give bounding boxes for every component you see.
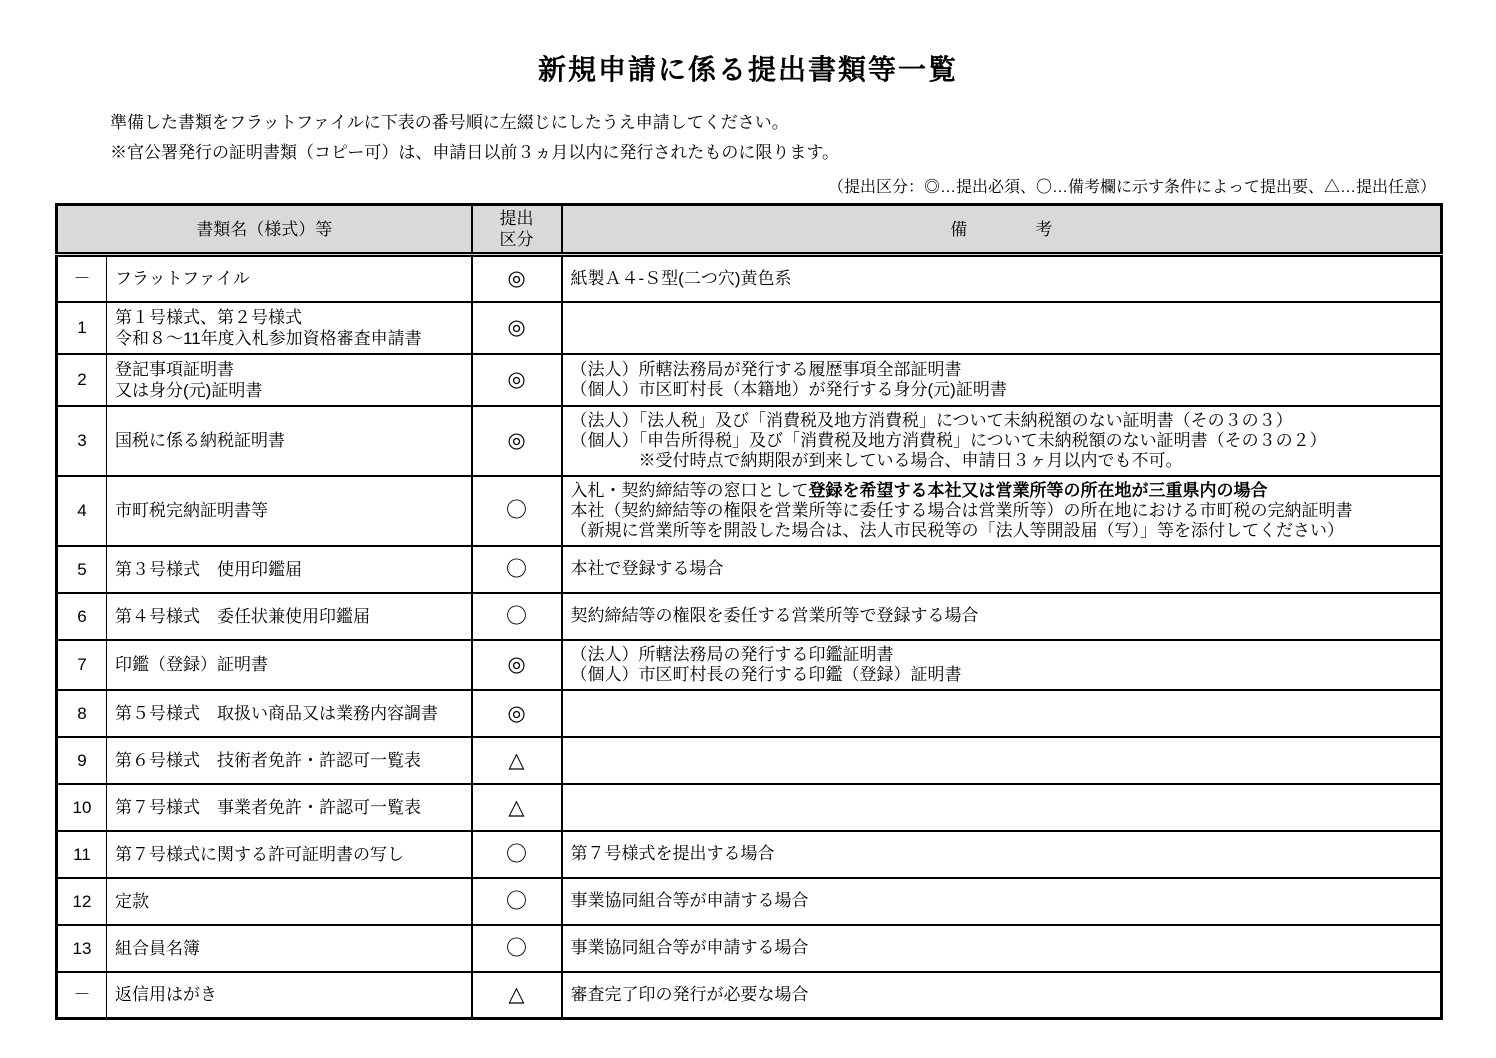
document-name: 第６号様式 技術者免許・許認可一覧表 xyxy=(107,737,472,784)
header-remarks: 備 考 xyxy=(562,205,1442,255)
row-number: 7 xyxy=(57,640,107,690)
remark-line: （個人）市区町村長（本籍地）が発行する身分(元)証明書 xyxy=(571,380,1433,400)
document-name-line: 令和８～11年度入札参加資格審査申請書 xyxy=(115,328,463,349)
remark-line: 審査完了印の発行が必要な場合 xyxy=(571,985,1433,1005)
remark-line: （法人）所轄法務局の発行する印鑑証明書 xyxy=(571,645,1433,665)
documents-table: 書類名（様式）等 提出区分 備 考 －フラットファイル◎紙製Ａ４-Ｓ型(二つ穴)… xyxy=(55,203,1443,1020)
row-number: 12 xyxy=(57,878,107,925)
table-row: 5第３号様式 使用印鑑届〇本社で登録する場合 xyxy=(57,546,1442,593)
document-name: フラットファイル xyxy=(107,255,472,302)
table-row: 4市町税完納証明書等〇入札・契約締結等の窓口として登録を希望する本社又は営業所等… xyxy=(57,476,1442,546)
document-name: 返信用はがき xyxy=(107,972,472,1019)
row-number: 1 xyxy=(57,302,107,354)
document-name: 第７号様式 事業者免許・許認可一覧表 xyxy=(107,784,472,831)
legend-text: （提出区分：◎…提出必須、〇…備考欄に示す条件によって提出要、△…提出任意） xyxy=(0,174,1436,197)
document-name-line: 登記事項証明書 xyxy=(115,359,463,380)
table-row: 3国税に係る納税証明書◎（法人）「法人税」及び「消費税及地方消費税」について未納… xyxy=(57,406,1442,476)
document-name-line: 国税に係る納税証明書 xyxy=(115,430,463,451)
document-name: 国税に係る納税証明書 xyxy=(107,406,472,476)
row-number: 5 xyxy=(57,546,107,593)
remark-line: 紙製Ａ４-Ｓ型(二つ穴)黄色系 xyxy=(571,269,1433,289)
remark-line: 第７号様式を提出する場合 xyxy=(571,844,1433,864)
submission-category-mark: △ xyxy=(472,972,562,1019)
row-number: 4 xyxy=(57,476,107,546)
intro-text: 準備した書類をフラットファイルに下表の番号順に左綴じにしたうえ申請してください。… xyxy=(110,108,1496,168)
remark-line: 事業協同組合等が申請する場合 xyxy=(571,891,1433,911)
header-document-name: 書類名（様式）等 xyxy=(57,205,472,255)
row-number: 6 xyxy=(57,593,107,640)
submission-category-mark: ◎ xyxy=(472,406,562,476)
row-number: 2 xyxy=(57,354,107,406)
table-row: －返信用はがき△審査完了印の発行が必要な場合 xyxy=(57,972,1442,1019)
table-row: 7印鑑（登録）証明書◎（法人）所轄法務局の発行する印鑑証明書（個人）市区町村長の… xyxy=(57,640,1442,690)
submission-category-mark: △ xyxy=(472,737,562,784)
remarks: 第７号様式を提出する場合 xyxy=(562,831,1442,878)
table-row: －フラットファイル◎紙製Ａ４-Ｓ型(二つ穴)黄色系 xyxy=(57,255,1442,302)
document-name: 第３号様式 使用印鑑届 xyxy=(107,546,472,593)
table-row: 6第４号様式 委任状兼使用印鑑届〇契約締結等の権限を委任する営業所等で登録する場… xyxy=(57,593,1442,640)
header-submission-category: 提出区分 xyxy=(472,205,562,255)
remark-line: 契約締結等の権限を委任する営業所等で登録する場合 xyxy=(571,606,1433,626)
document-name: 第４号様式 委任状兼使用印鑑届 xyxy=(107,593,472,640)
document-name: 印鑑（登録）証明書 xyxy=(107,640,472,690)
table-row: 1第１号様式、第２号様式令和８～11年度入札参加資格審査申請書◎ xyxy=(57,302,1442,354)
document-name: 市町税完納証明書等 xyxy=(107,476,472,546)
remarks: 本社で登録する場合 xyxy=(562,546,1442,593)
row-number: 10 xyxy=(57,784,107,831)
document-name-line: 第３号様式 使用印鑑届 xyxy=(115,559,463,580)
remark-line: （個人）「申告所得税」及び「消費税及地方消費税」について未納税額のない証明書（そ… xyxy=(571,431,1433,451)
row-number: － xyxy=(57,255,107,302)
remarks: （法人）所轄法務局が発行する履歴事項全部証明書（個人）市区町村長（本籍地）が発行… xyxy=(562,354,1442,406)
submission-category-mark: 〇 xyxy=(472,593,562,640)
remarks: 入札・契約締結等の窓口として登録を希望する本社又は営業所等の所在地が三重県内の場… xyxy=(562,476,1442,546)
document-name-line: 印鑑（登録）証明書 xyxy=(115,654,463,675)
remarks: 事業協同組合等が申請する場合 xyxy=(562,878,1442,925)
remarks: 事業協同組合等が申請する場合 xyxy=(562,925,1442,972)
document-name-line: 第１号様式、第２号様式 xyxy=(115,307,463,328)
table-row: 12定款〇事業協同組合等が申請する場合 xyxy=(57,878,1442,925)
row-number: 8 xyxy=(57,690,107,737)
document-name-line: 定款 xyxy=(115,891,463,912)
remark-line: （個人）市区町村長の発行する印鑑（登録）証明書 xyxy=(571,665,1433,685)
remarks: （法人）所轄法務局の発行する印鑑証明書（個人）市区町村長の発行する印鑑（登録）証… xyxy=(562,640,1442,690)
document-name-line: 第４号様式 委任状兼使用印鑑届 xyxy=(115,606,463,627)
document-name-line: フラットファイル xyxy=(115,268,463,289)
remarks: 契約締結等の権限を委任する営業所等で登録する場合 xyxy=(562,593,1442,640)
intro-line-2: ※官公署発行の証明書類（コピー可）は、申請日以前３ヵ月以内に発行されたものに限り… xyxy=(110,138,1496,168)
intro-line-1: 準備した書類をフラットファイルに下表の番号順に左綴じにしたうえ申請してください。 xyxy=(110,108,1496,138)
page-title: 新規申請に係る提出書類等一覧 xyxy=(0,0,1496,88)
document-name-line: 又は身分(元)証明書 xyxy=(115,380,463,401)
remarks xyxy=(562,784,1442,831)
document-name-line: 返信用はがき xyxy=(115,984,463,1005)
document-name: 組合員名簿 xyxy=(107,925,472,972)
submission-category-mark: ◎ xyxy=(472,354,562,406)
remark-line: ※受付時点で納期限が到来している場合、申請日３ヶ月以内でも不可。 xyxy=(571,451,1433,471)
table-row: 9第６号様式 技術者免許・許認可一覧表△ xyxy=(57,737,1442,784)
document-name: 第７号様式に関する許可証明書の写し xyxy=(107,831,472,878)
remarks xyxy=(562,690,1442,737)
submission-category-mark: 〇 xyxy=(472,476,562,546)
table-row: 13組合員名簿〇事業協同組合等が申請する場合 xyxy=(57,925,1442,972)
remark-line: （新規に営業所等を開設した場合は、法人市民税等の「法人等開設届（写）」等を添付し… xyxy=(571,521,1433,541)
remarks: 紙製Ａ４-Ｓ型(二つ穴)黄色系 xyxy=(562,255,1442,302)
remarks: 審査完了印の発行が必要な場合 xyxy=(562,972,1442,1019)
document-name: 第１号様式、第２号様式令和８～11年度入札参加資格審査申請書 xyxy=(107,302,472,354)
remark-line: （法人）所轄法務局が発行する履歴事項全部証明書 xyxy=(571,360,1433,380)
submission-category-mark: ◎ xyxy=(472,690,562,737)
remarks: （法人）「法人税」及び「消費税及地方消費税」について未納税額のない証明書（その３… xyxy=(562,406,1442,476)
submission-category-mark: ◎ xyxy=(472,255,562,302)
row-number: － xyxy=(57,972,107,1019)
document-name-line: 第５号様式 取扱い商品又は業務内容調書 xyxy=(115,703,463,724)
document-name: 定款 xyxy=(107,878,472,925)
row-number: 13 xyxy=(57,925,107,972)
table-row: 11第７号様式に関する許可証明書の写し〇第７号様式を提出する場合 xyxy=(57,831,1442,878)
submission-category-mark: 〇 xyxy=(472,878,562,925)
document-name-line: 第７号様式 事業者免許・許認可一覧表 xyxy=(115,797,463,818)
submission-category-mark: 〇 xyxy=(472,546,562,593)
submission-category-mark: ◎ xyxy=(472,302,562,354)
row-number: 3 xyxy=(57,406,107,476)
document-name: 第５号様式 取扱い商品又は業務内容調書 xyxy=(107,690,472,737)
remark-line: 本社で登録する場合 xyxy=(571,559,1433,579)
document-name-line: 第７号様式に関する許可証明書の写し xyxy=(115,844,463,865)
remark-line: （法人）「法人税」及び「消費税及地方消費税」について未納税額のない証明書（その３… xyxy=(571,411,1433,431)
submission-category-mark: 〇 xyxy=(472,925,562,972)
submission-category-mark: △ xyxy=(472,784,562,831)
row-number: 11 xyxy=(57,831,107,878)
remark-line: 事業協同組合等が申請する場合 xyxy=(571,938,1433,958)
remarks xyxy=(562,302,1442,354)
document-page: 新規申請に係る提出書類等一覧 準備した書類をフラットファイルに下表の番号順に左綴… xyxy=(0,0,1496,1058)
table-header-row: 書類名（様式）等 提出区分 備 考 xyxy=(57,205,1442,255)
document-name-line: 第６号様式 技術者免許・許認可一覧表 xyxy=(115,750,463,771)
remark-line: 本社（契約締結等の権限を営業所等に委任する場合は営業所等）の所在地における市町税… xyxy=(571,501,1433,521)
table-row: 10第７号様式 事業者免許・許認可一覧表△ xyxy=(57,784,1442,831)
table-row: 2登記事項証明書又は身分(元)証明書◎（法人）所轄法務局が発行する履歴事項全部証… xyxy=(57,354,1442,406)
document-name-line: 組合員名簿 xyxy=(115,938,463,959)
document-name-line: 市町税完納証明書等 xyxy=(115,500,463,521)
remarks xyxy=(562,737,1442,784)
submission-category-mark: 〇 xyxy=(472,831,562,878)
row-number: 9 xyxy=(57,737,107,784)
submission-category-mark: ◎ xyxy=(472,640,562,690)
remark-line: 入札・契約締結等の窓口として登録を希望する本社又は営業所等の所在地が三重県内の場… xyxy=(571,481,1433,501)
table-row: 8第５号様式 取扱い商品又は業務内容調書◎ xyxy=(57,690,1442,737)
document-name: 登記事項証明書又は身分(元)証明書 xyxy=(107,354,472,406)
